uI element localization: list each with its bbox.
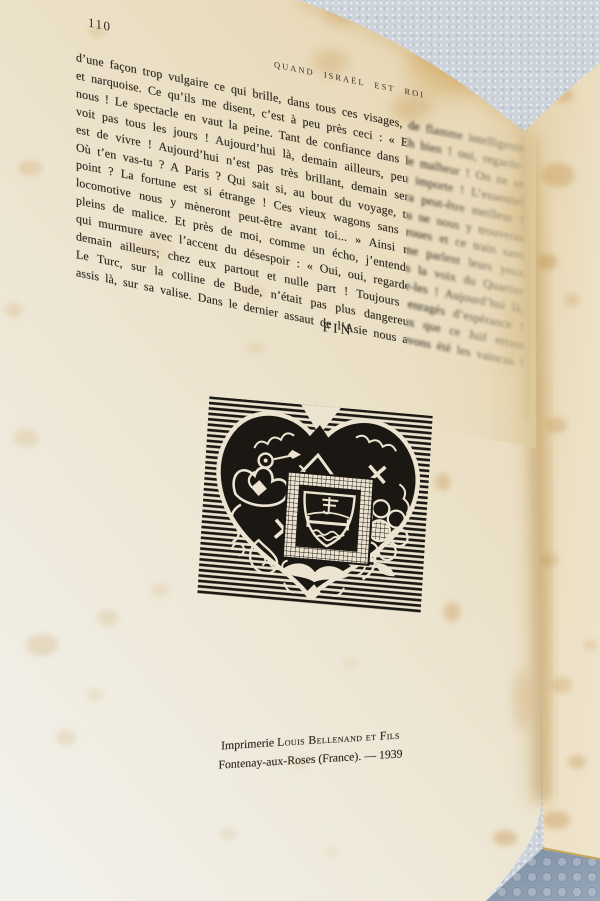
printer-mark [195,389,435,620]
imprint-prefix: Imprimerie [221,735,277,752]
printer-mark-woodcut [195,389,435,620]
book-photo: 110 QUAND ISRAËL EST ROI d’une façon tro… [0,0,600,901]
page-number: 110 [88,14,112,35]
central-shield-emblem [283,472,374,565]
